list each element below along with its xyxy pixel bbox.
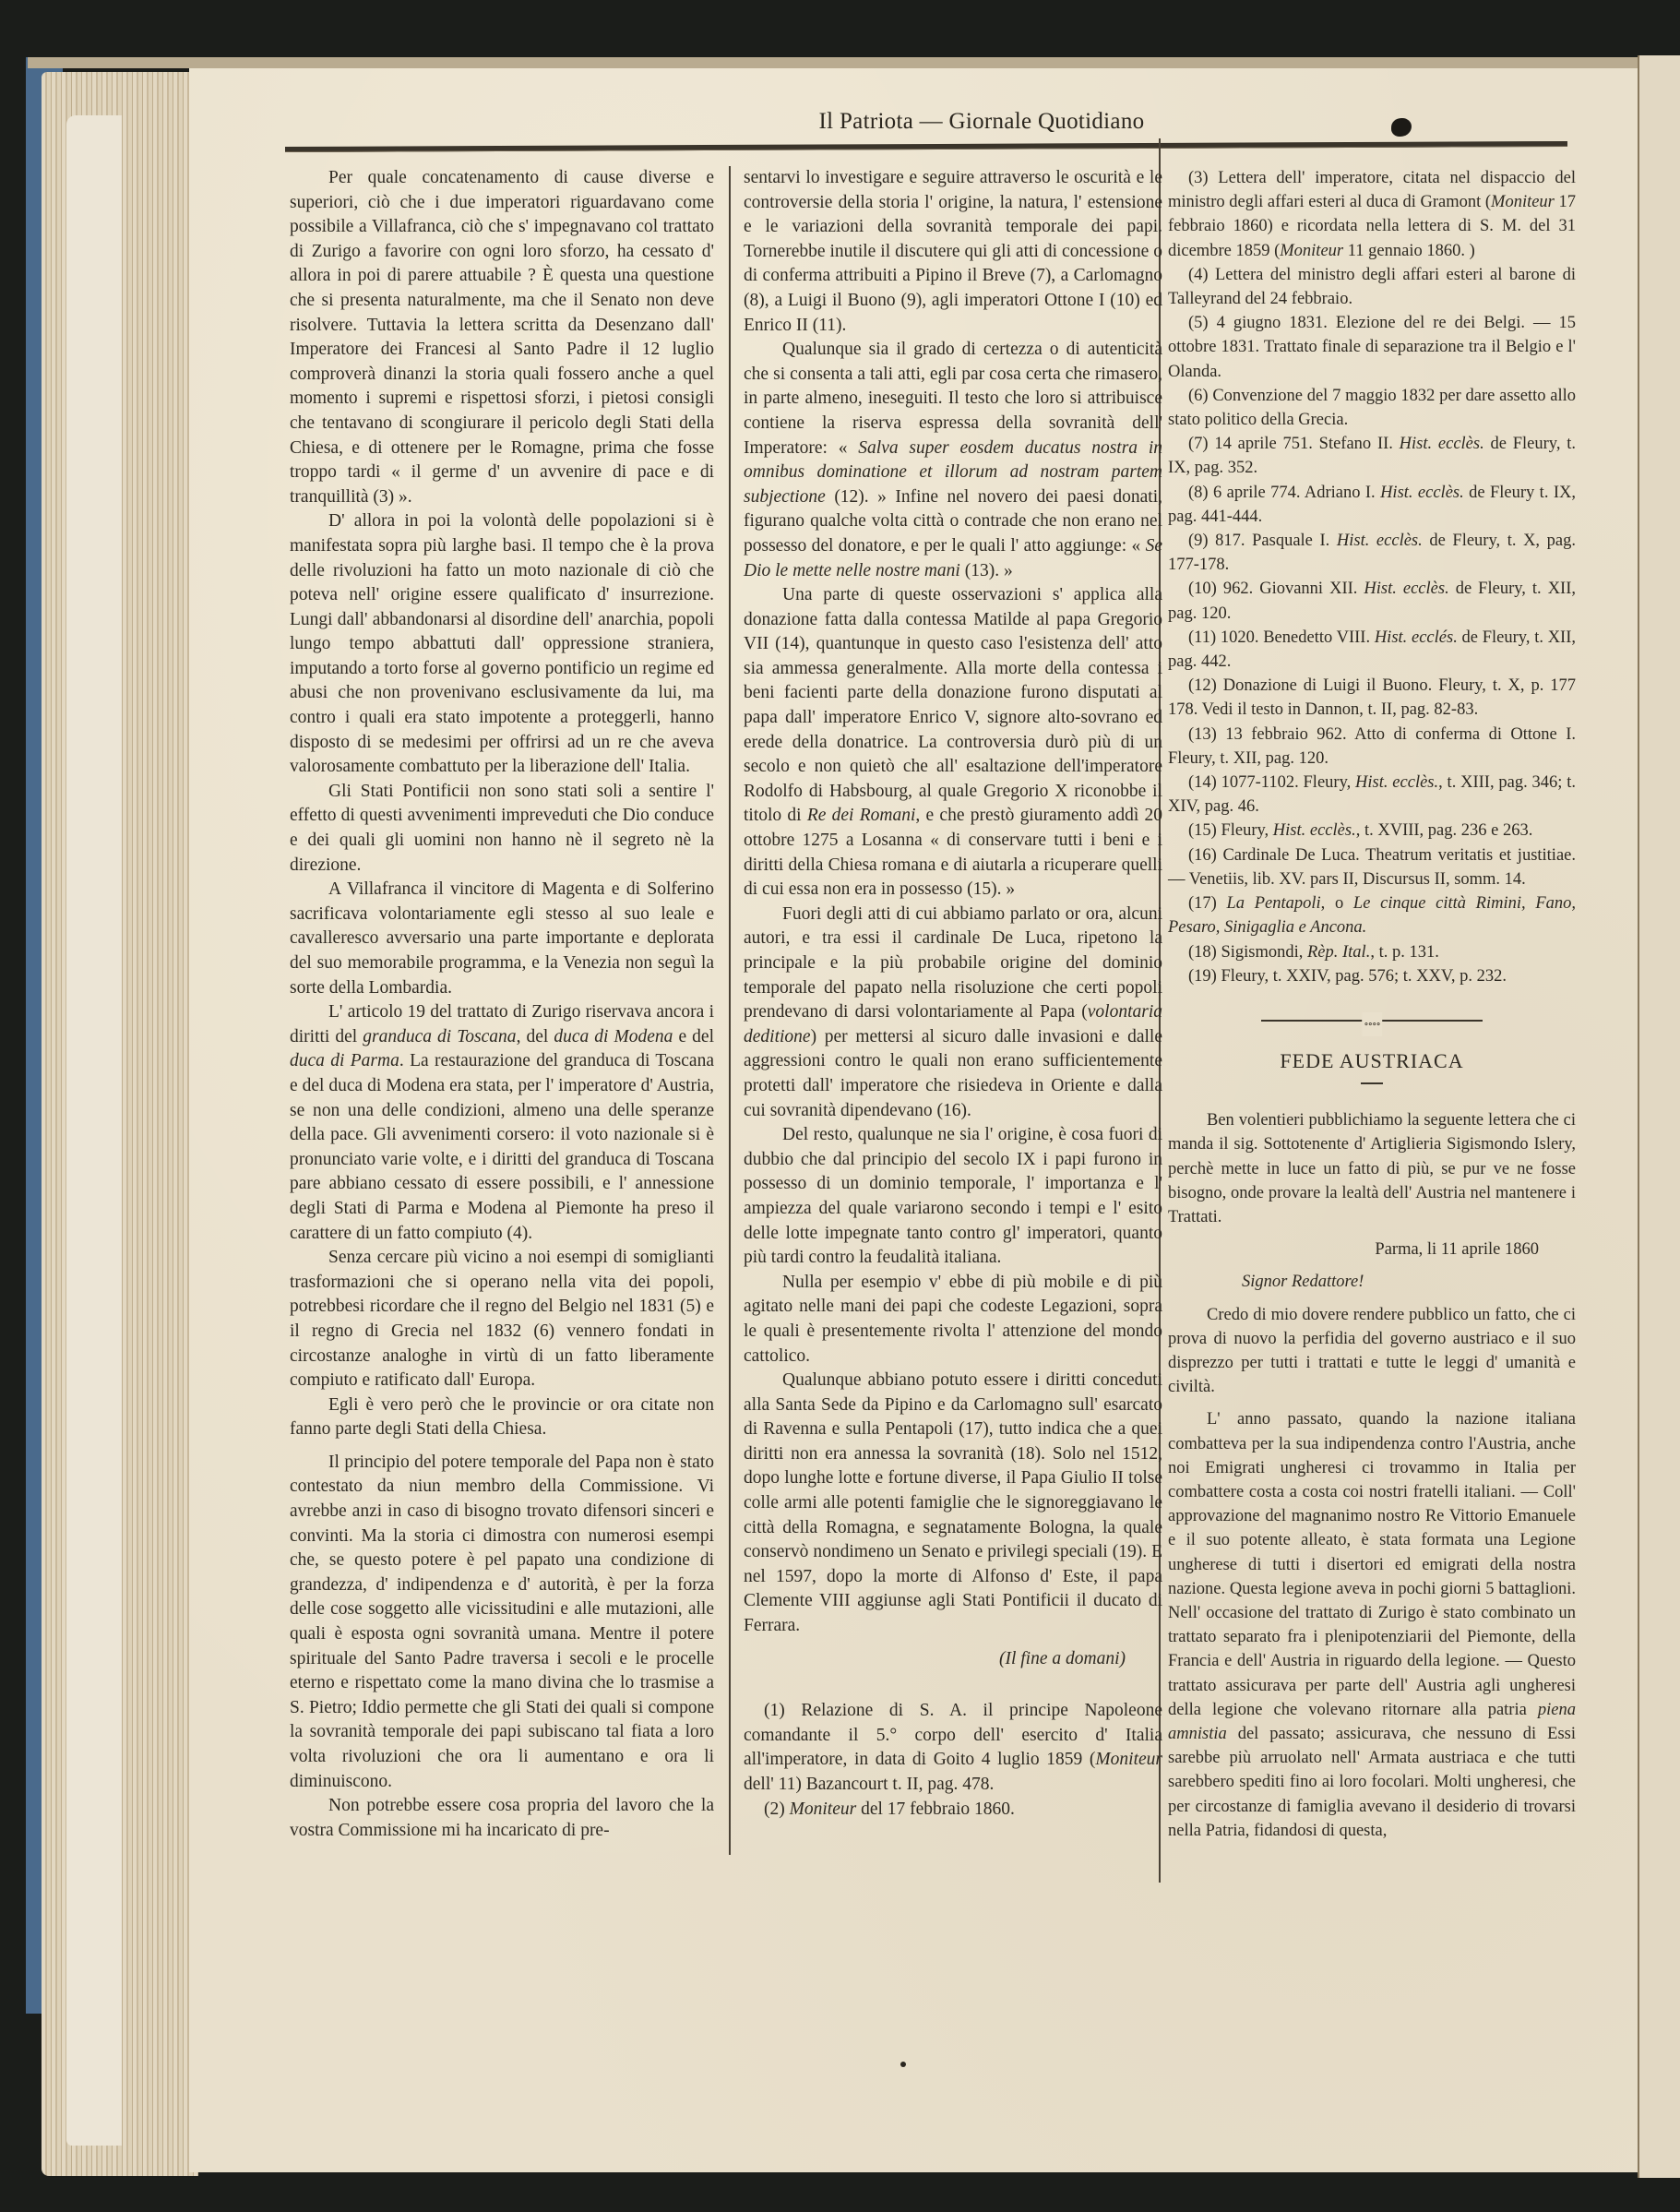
column-left: Per quale concatenamento di cause divers… <box>290 166 714 1843</box>
ornament-beads-icon: ∘∘∘∘ <box>1362 1012 1382 1036</box>
next-page-edge <box>1638 55 1680 2178</box>
paragraph: Il principio del potere temporale del Pa… <box>290 1451 714 1794</box>
paragraph: Senza cercare più vicino a noi esempi di… <box>290 1246 714 1393</box>
page-mark <box>900 2062 906 2067</box>
newspaper-title: Il Patriota — Giornale Quotidiano <box>285 109 1567 135</box>
footnote: (8) 6 aprile 774. Adriano I. Hist. ecclè… <box>1168 481 1576 529</box>
paragraph: Ben volentieri pubblichiamo la seguente … <box>1168 1108 1576 1229</box>
footnote: (19) Fleury, t. XXIV, pag. 576; t. XXV, … <box>1168 964 1576 988</box>
footnote: (18) Sigismondi, Rèp. Ital., t. p. 131. <box>1168 940 1576 964</box>
paragraph: Nulla per esempio v' ebbe di più mobile … <box>744 1271 1162 1369</box>
paragraph: Credo di mio dovere rendere pubblico un … <box>1168 1303 1576 1400</box>
footnote: (6) Convenzione del 7 maggio 1832 per da… <box>1168 384 1576 432</box>
footnote: (1) Relazione di S. A. il principe Napol… <box>744 1699 1162 1797</box>
footnote: (2) Moniteur del 17 febbraio 1860. <box>744 1798 1162 1823</box>
paragraph: L' articolo 19 del trattato di Zurigo ri… <box>290 1000 714 1246</box>
footnote: (10) 962. Giovanni XII. Hist. ecclès. de… <box>1168 577 1576 625</box>
paragraph: Fuori degli atti di cui abbiamo parlato … <box>744 903 1162 1123</box>
footnote: (14) 1077-1102. Fleury, Hist. ecclès., t… <box>1168 771 1576 819</box>
paragraph: Egli è vero però che le provincie or ora… <box>290 1393 714 1442</box>
footnote: (15) Fleury, Hist. ecclès., t. XVIII, pa… <box>1168 819 1576 843</box>
footnote: (12) Donazione di Luigi il Buono. Fleury… <box>1168 674 1576 722</box>
ornamental-divider: ∘∘∘∘ <box>1261 1016 1483 1025</box>
footnote: (3) Lettera dell' imperatore, citata nel… <box>1168 166 1576 263</box>
footnote: (13) 13 febbraio 962. Atto di conferma d… <box>1168 723 1576 771</box>
footnote: (9) 817. Pasquale I. Hist. ecclès. de Fl… <box>1168 529 1576 577</box>
paragraph: sentarvi lo investigare e seguire attrav… <box>744 166 1162 338</box>
paragraph: Una parte di queste osservazioni s' appl… <box>744 583 1162 903</box>
paragraph: Non potrebbe essere cosa propria del lav… <box>290 1794 714 1843</box>
column-right: (3) Lettera dell' imperatore, citata nel… <box>1168 166 1576 1843</box>
footnote: (7) 14 aprile 751. Stefano II. Hist. ecc… <box>1168 432 1576 480</box>
column-divider <box>729 166 731 1855</box>
header-rule <box>285 141 1567 152</box>
footnote: (11) 1020. Benedetto VIII. Hist. ecclés.… <box>1168 626 1576 674</box>
salutation: Signor Redattore! <box>1168 1270 1576 1294</box>
title-dash <box>1361 1082 1383 1084</box>
continued-note: (Il fine a domani) <box>744 1647 1162 1672</box>
page-stack-insert <box>66 115 122 2146</box>
paragraph: D' allora in poi la volontà delle popola… <box>290 509 714 780</box>
book-top-edge <box>28 57 1651 68</box>
paragraph: Per quale concatenamento di cause divers… <box>290 166 714 509</box>
dateline: Parma, li 11 aprile 1860 <box>1168 1238 1576 1261</box>
paragraph: A Villafranca il vincitore di Magenta e … <box>290 878 714 1000</box>
footnote: (17) La Pentapoli, o Le cinque città Rim… <box>1168 891 1576 939</box>
page-header: Il Patriota — Giornale Quotidiano <box>285 109 1567 155</box>
paragraph: Qualunque sia il grado di certezza o di … <box>744 338 1162 583</box>
section-title: FEDE AUSTRIACA <box>1168 1049 1576 1073</box>
paragraph: Del resto, qualunque ne sia l' origine, … <box>744 1123 1162 1271</box>
footnote: (16) Cardinale De Luca. Theatrum veritat… <box>1168 843 1576 891</box>
paragraph: L' anno passato, quando la nazione itali… <box>1168 1407 1576 1843</box>
footnote: (5) 4 giugno 1831. Elezione del re dei B… <box>1168 311 1576 384</box>
paragraph: Gli Stati Pontificii non sono stati soli… <box>290 780 714 878</box>
footnote: (4) Lettera del ministro degli affari es… <box>1168 263 1576 311</box>
column-middle: sentarvi lo investigare e seguire attrav… <box>744 166 1162 1822</box>
paragraph: Qualunque abbiano potuto essere i diritt… <box>744 1369 1162 1639</box>
